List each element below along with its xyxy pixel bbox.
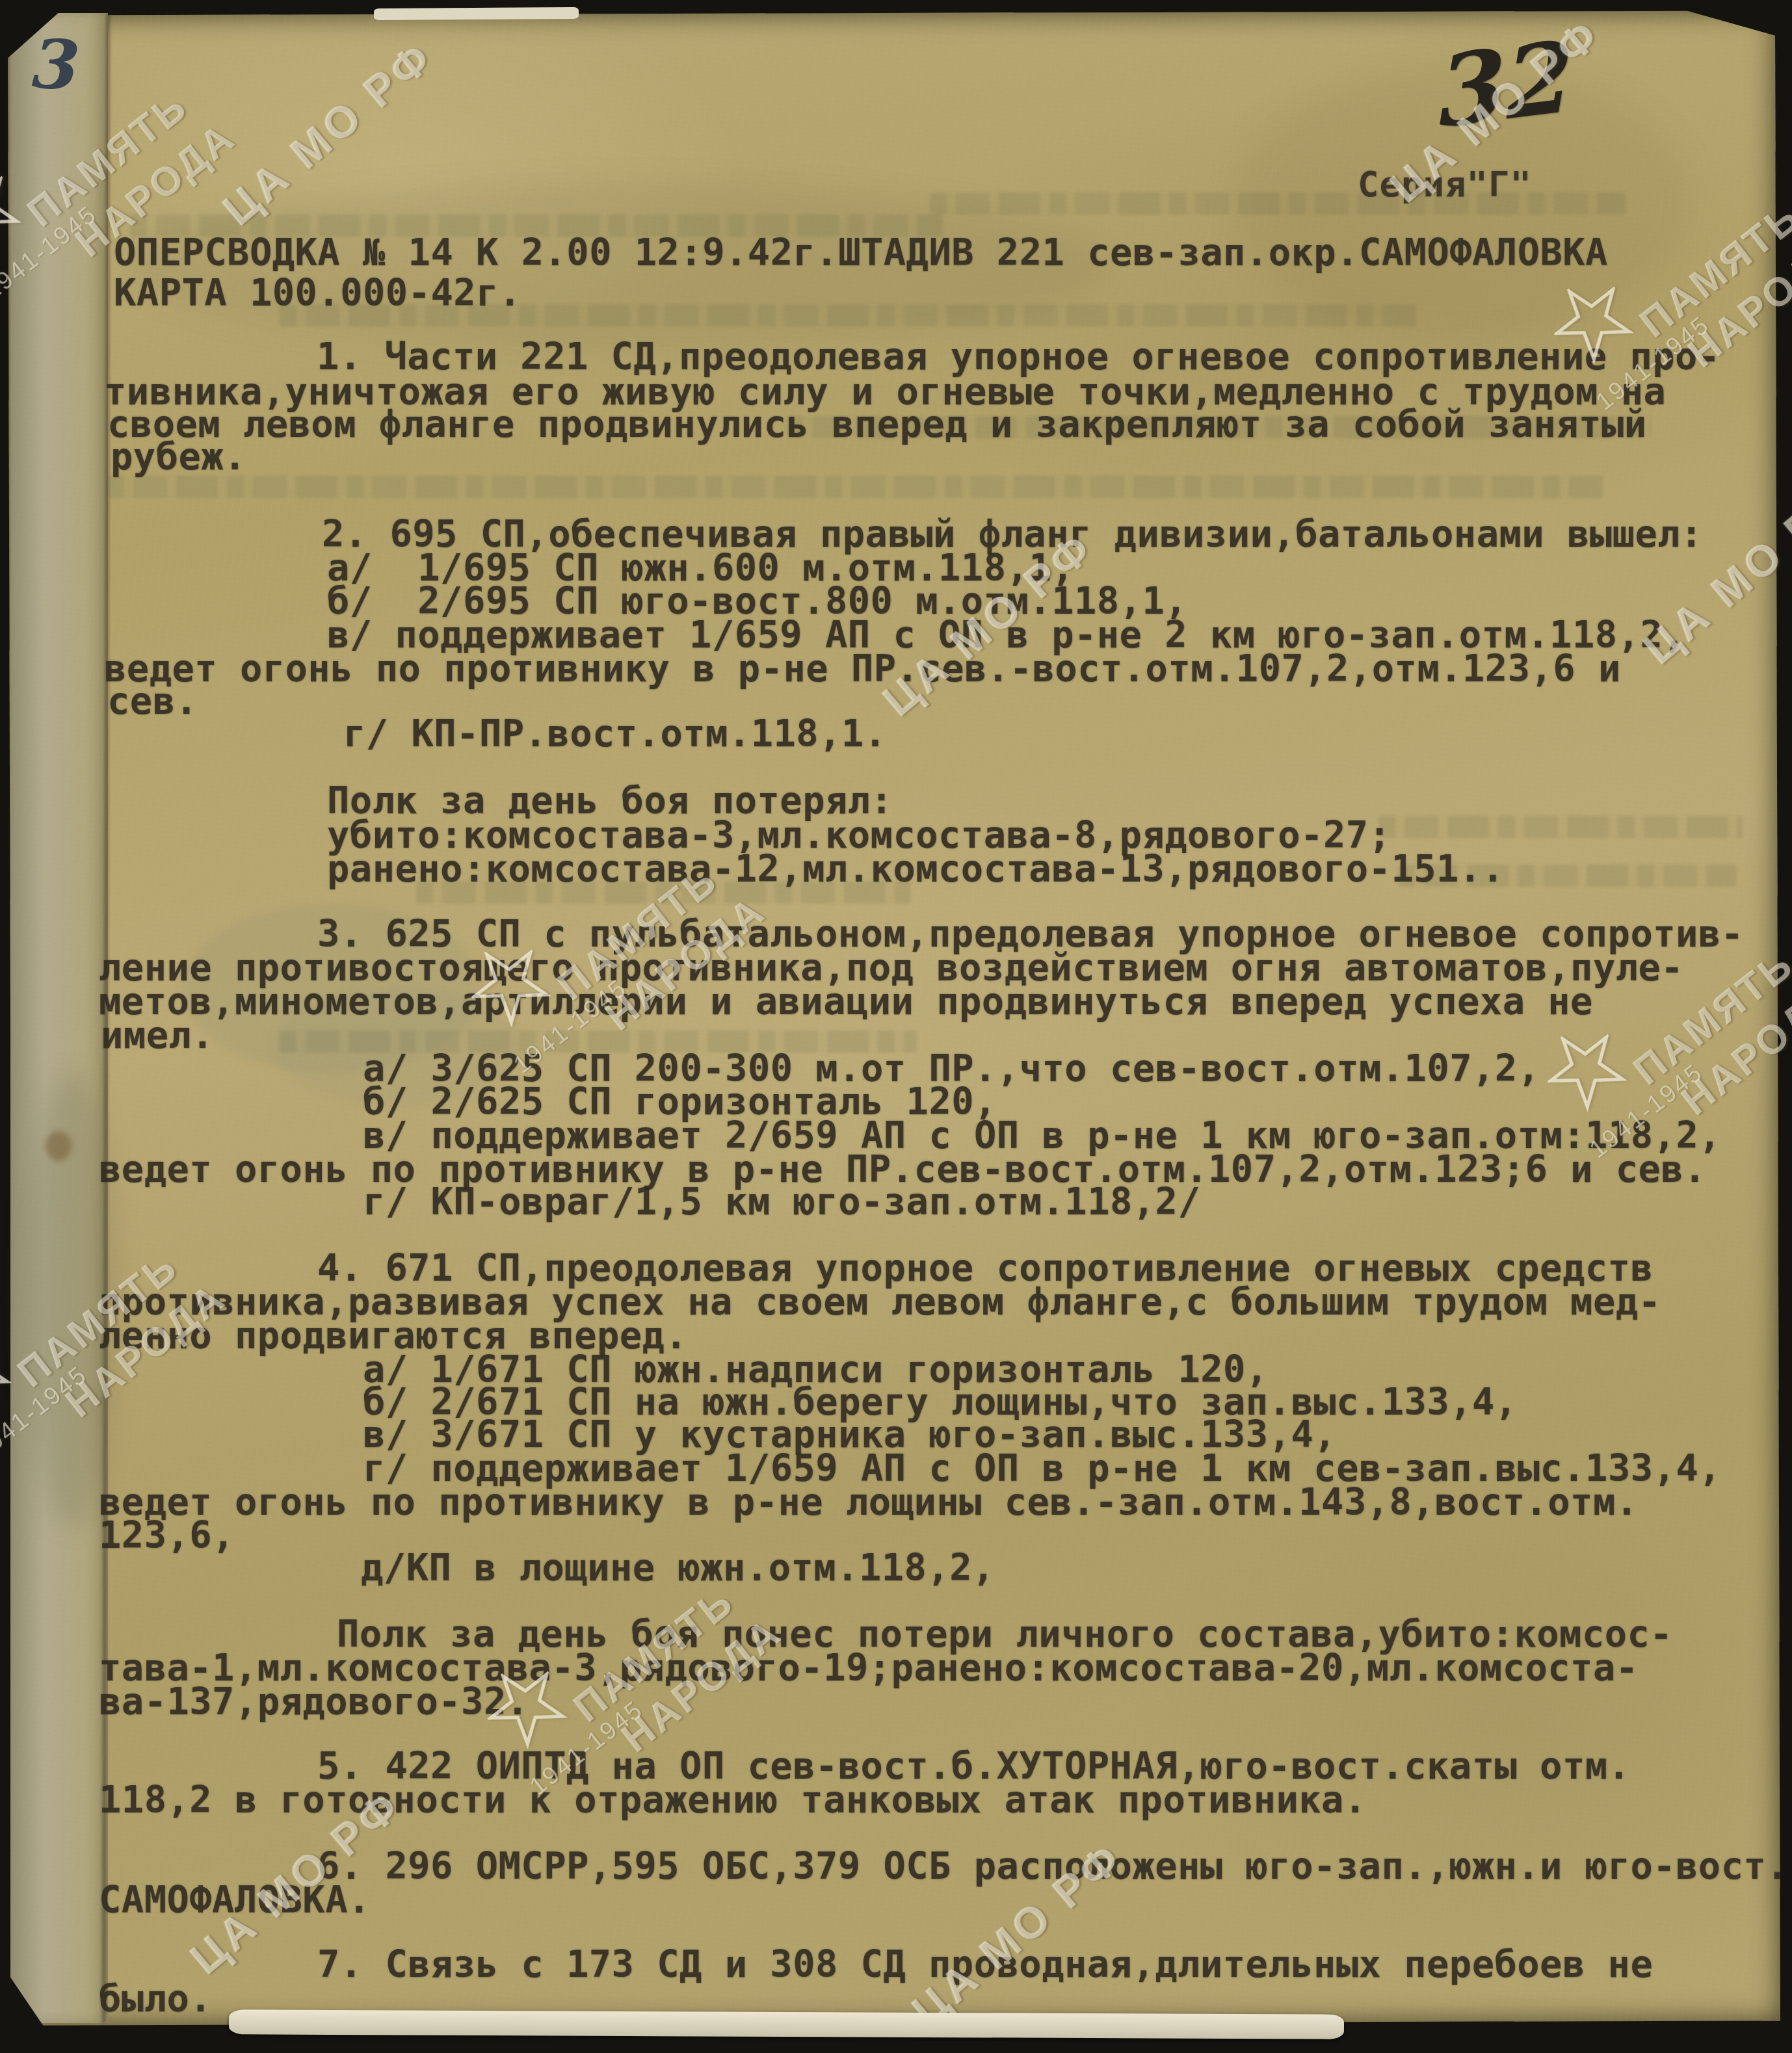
scanned-document-page: { "document": { "series": "Серия\"Г\"", …: [0, 0, 1792, 2053]
torn-paper-edge-bottom: [229, 2009, 1344, 2039]
document-line: ОПЕРСВОДКА № 14 К 2.00 12:9.42г.ШТАДИВ 2…: [114, 234, 1608, 273]
document-line: было.: [99, 1980, 212, 2019]
document-line: рубеж.: [111, 438, 246, 477]
document-line: ранено:комсостава-12,мл.комсостава-13,ря…: [327, 850, 1504, 889]
document-line: г/ КП-ПР.вост.отм.118,1.: [343, 715, 887, 754]
document-line: ведет огонь по противнику в р-не ПР.сев.…: [104, 650, 1621, 689]
document-line: имел.: [101, 1017, 214, 1056]
document-line: ва-137,рядового-32.: [99, 1683, 529, 1722]
torn-paper-edge-top: [374, 7, 579, 20]
document-line: КАРТА 100.000-42г.: [114, 274, 521, 313]
document-line: ведет огонь по противнику в р-не лощины …: [99, 1484, 1639, 1523]
document-line: д/КП в лощине южн.отм.118,2,: [361, 1549, 995, 1588]
document-line: 118,2 в готовности к отражению танковых …: [99, 1781, 1367, 1820]
document-line: своем левом фланге продвинулись вперед и…: [107, 406, 1647, 445]
document-line: метов,минометов,артиллерии и авиации про…: [99, 983, 1593, 1022]
document-line: г/ КП-овраг/1,5 км юго-зап.отм.118,2/: [363, 1183, 1200, 1222]
document-line: 123,6,: [99, 1517, 235, 1556]
document-line: сев.: [107, 683, 198, 722]
